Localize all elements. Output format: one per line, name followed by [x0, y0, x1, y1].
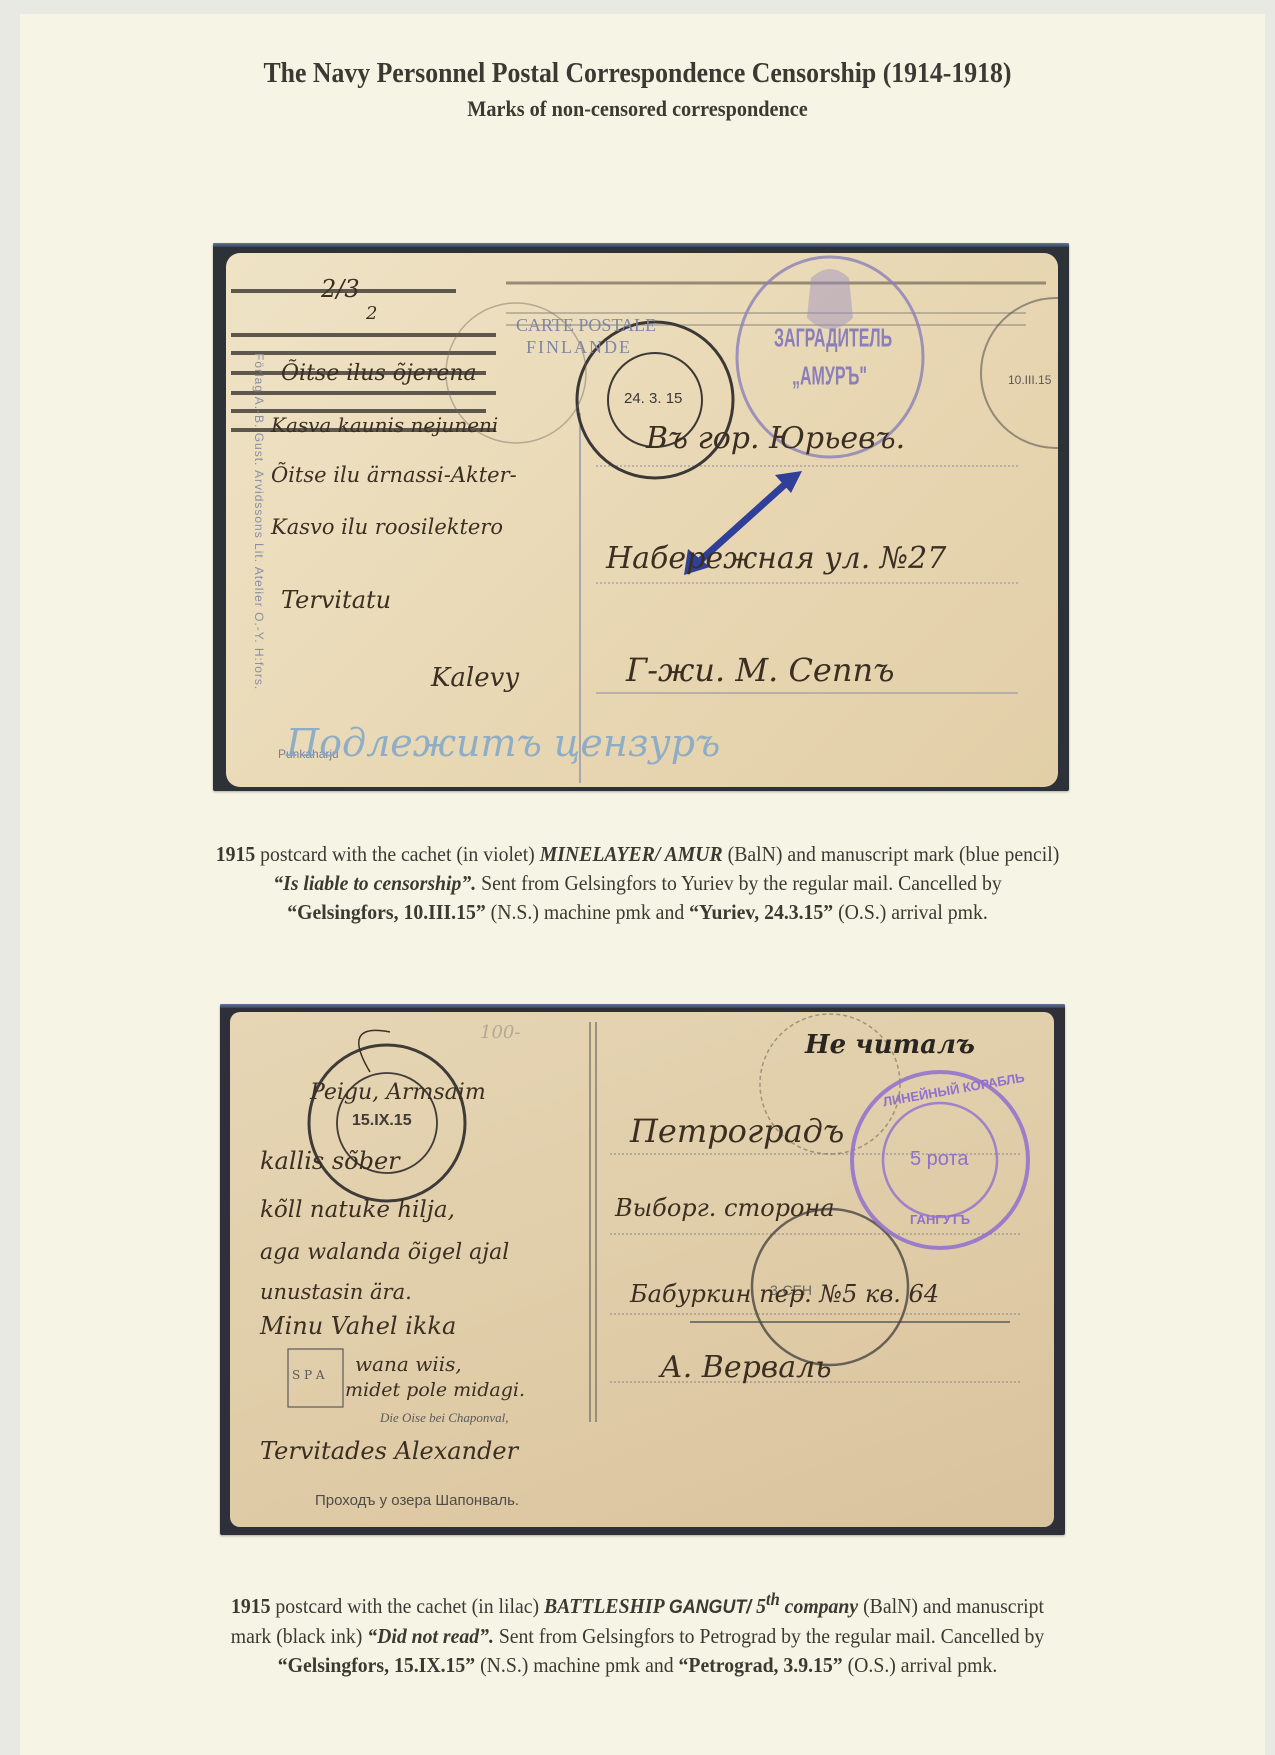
- message-line: unustasin ära.: [260, 1280, 412, 1304]
- message-line: aga walanda õigel ajal: [260, 1240, 509, 1265]
- caption-1-line-2: “Is liable to censorship”. Sent from Gel…: [38, 869, 1237, 898]
- message-line: wana wiis,: [355, 1352, 462, 1376]
- cachet-name: MINELAYER/ AMUR: [540, 842, 723, 866]
- top-mark: 2/3: [321, 275, 360, 303]
- message-line: midet pole midagi.: [345, 1379, 525, 1401]
- manuscript-mark-black-ink: Не читалъ: [805, 1030, 975, 1060]
- message-line: Õitse ilu ärnassi-Akter-: [271, 463, 517, 487]
- cachet-text-line-1: ЗАГРАДИТЕЛЬ: [774, 326, 892, 355]
- address-line: Петроградъ: [630, 1112, 844, 1150]
- top-mark-2: 2: [366, 303, 377, 324]
- message-line: kallis sõber: [260, 1147, 400, 1175]
- printed-header-line-1: CARTE POSTALE: [516, 315, 656, 336]
- message-line: Õitse ilus õjerena: [281, 361, 477, 386]
- address-line: А. Верваль: [660, 1350, 832, 1385]
- caption-2: 1915 postcard with the cachet (in lilac)…: [38, 1585, 1237, 1680]
- message-line: Tervitatu: [281, 586, 391, 614]
- cachet-text-line-2: „АМУРЪ": [792, 364, 867, 393]
- printed-header-line-2: FINLANDE: [526, 337, 632, 358]
- message-line: Tervitades Alexander: [260, 1437, 518, 1465]
- publisher-logo: S P A: [292, 1368, 325, 1382]
- caption-2-line-1: 1915 postcard with the cachet (in lilac)…: [38, 1585, 1237, 1622]
- message-line: kõll natuke hilja,: [260, 1197, 455, 1223]
- message-line: Kalevy: [431, 663, 519, 693]
- postcard-2: 100- 15.IX.15 Peigu, Armsaim kallis sõbe…: [230, 1012, 1054, 1527]
- address-line: Бабуркин пер. №5 кв. 64: [630, 1280, 939, 1308]
- caption-2-line-3: “Gelsingfors, 15.IX.15” (N.S.) machine p…: [38, 1651, 1237, 1680]
- message-line: Minu Vahel ikka: [260, 1312, 456, 1340]
- postcard-1: CARTE POSTALE FINLANDE Förlag A.-B. Gust…: [226, 253, 1058, 787]
- message-line: Kasvo ilu roosilektero: [271, 515, 503, 539]
- machine-postmark-date: 10.III.15: [1008, 373, 1051, 387]
- caption-1: 1915 postcard with the cachet (in violet…: [38, 840, 1237, 927]
- arrival-postmark-date: 24. 3. 15: [624, 390, 682, 407]
- picture-caption-de: Die Oise bei Chaponval,: [380, 1410, 509, 1426]
- address-line: Въ гор. Юрьевъ.: [646, 421, 905, 456]
- page-subtitle: Marks of non-censored correspondence: [51, 96, 1224, 122]
- manuscript-mark-blue-pencil: Подлежитъ цензуръ: [286, 721, 720, 765]
- caption-2-line-2: mark (black ink) “Did not read”. Sent fr…: [38, 1622, 1237, 1651]
- cachet-ring-label-bottom: ГАНГУТЪ: [910, 1212, 970, 1227]
- page-title: The Navy Personnel Postal Correspondence…: [51, 58, 1224, 90]
- picture-caption-ru: Проходъ у озера Шапонваль.: [315, 1492, 519, 1509]
- message-line: Peigu, Armsaim: [310, 1080, 486, 1105]
- publisher-imprint: Förlag A.-B. Gust. Arvidssons Lit. Ateli…: [252, 353, 266, 753]
- address-line: Набережная ул. №27: [606, 541, 946, 576]
- message-line: Kasva kaunis nejuneni: [271, 413, 498, 437]
- cachet-center-text: 5 рота: [910, 1148, 969, 1171]
- address-line: Г-жи. М. Сеппъ: [626, 651, 894, 689]
- caption-1-line-1: 1915 postcard with the cachet (in violet…: [38, 840, 1237, 869]
- address-line: Выборг. сторона: [615, 1194, 835, 1222]
- postmark-date: 15.IX.15: [352, 1112, 412, 1130]
- caption-1-line-3: “Gelsingfors, 10.III.15” (N.S.) machine …: [38, 898, 1237, 927]
- pencil-note: 100-: [480, 1022, 520, 1043]
